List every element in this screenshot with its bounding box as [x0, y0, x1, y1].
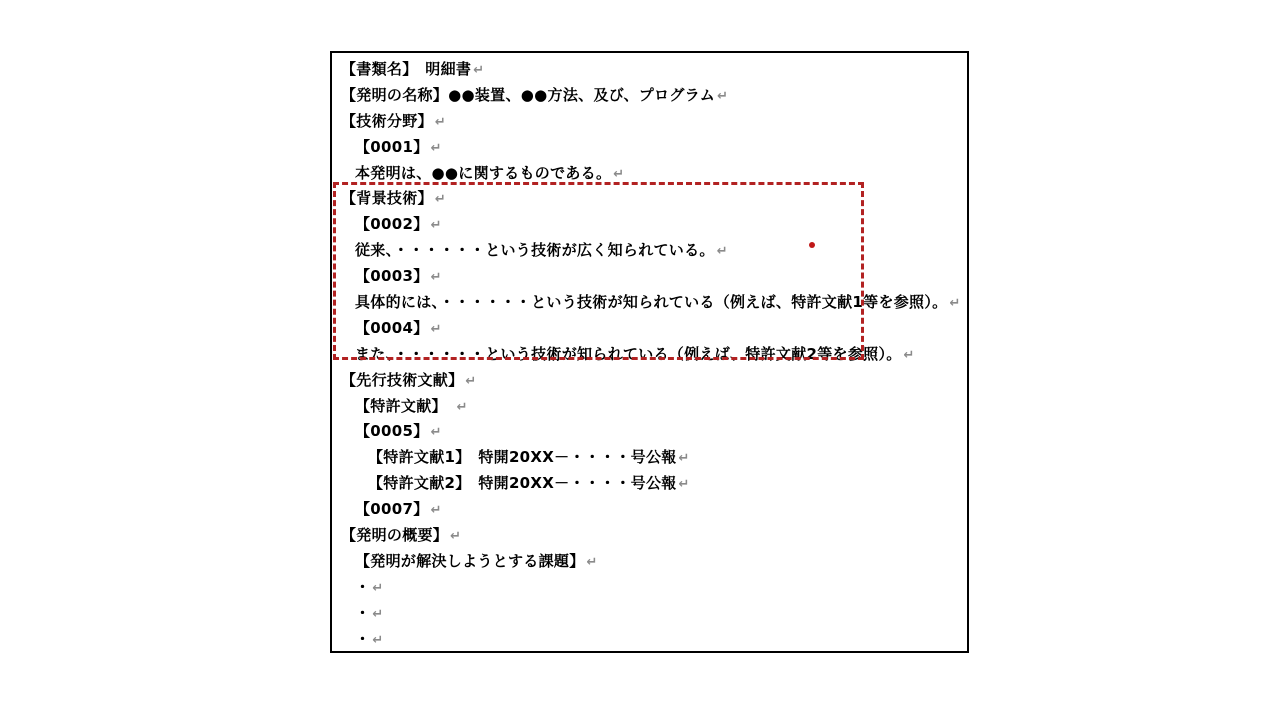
document-line: 【0001】↵	[341, 135, 961, 161]
return-mark-icon: ↵	[679, 451, 690, 466]
return-mark-icon: ↵	[431, 503, 442, 518]
document-line: 【特許文献2】 特開20XX－・・・・号公報↵	[341, 471, 961, 497]
line-text: 【0003】	[355, 267, 429, 285]
line-text: 【0002】	[355, 215, 429, 233]
return-mark-icon: ↵	[372, 633, 383, 648]
document-line: 【0007】↵	[341, 497, 961, 523]
slide-canvas: 【書類名】 明細書↵【発明の名称】●●装置、●●方法、及び、プログラム↵【技術分…	[0, 0, 1280, 720]
document-lines: 【書類名】 明細書↵【発明の名称】●●装置、●●方法、及び、プログラム↵【技術分…	[341, 57, 961, 652]
document-line: ・↵	[341, 627, 961, 653]
document-line: 【0003】↵	[341, 264, 961, 290]
line-text: また、・・・・・・という技術が知られている（例えば、特許文献2等を参照）。	[355, 345, 902, 363]
document-line: また、・・・・・・という技術が知られている（例えば、特許文献2等を参照）。↵	[341, 342, 961, 368]
return-mark-icon: ↵	[450, 529, 461, 544]
document-line: 【発明の概要】↵	[341, 523, 961, 549]
document-line: 【0005】↵	[341, 419, 961, 445]
return-mark-icon: ↵	[431, 218, 442, 233]
return-mark-icon: ↵	[431, 425, 442, 440]
line-text: 具体的には、・・・・・・という技術が知られている（例えば、特許文献1等を参照）。	[355, 293, 947, 311]
return-mark-icon: ↵	[717, 244, 728, 259]
line-text: 【特許文献1】 特開20XX－・・・・号公報	[368, 448, 677, 466]
return-mark-icon: ↵	[473, 63, 484, 78]
return-mark-icon: ↵	[949, 296, 960, 311]
return-mark-icon: ↵	[904, 348, 915, 363]
return-mark-icon: ↵	[431, 322, 442, 337]
document-line: 【発明の名称】●●装置、●●方法、及び、プログラム↵	[341, 83, 961, 109]
line-text: 【特許文献2】 特開20XX－・・・・号公報	[368, 474, 677, 492]
line-text: 【背景技術】	[341, 189, 433, 207]
line-text: 従来、・・・・・・という技術が広く知られている。	[355, 241, 715, 259]
line-text: 【0004】	[355, 319, 429, 337]
line-text: ・	[355, 630, 370, 648]
line-text: ・	[355, 578, 370, 596]
document-line: ・↵	[341, 601, 961, 627]
document-line: 【技術分野】↵	[341, 109, 961, 135]
red-dot-marker	[809, 242, 815, 248]
return-mark-icon: ↵	[717, 89, 728, 104]
document-line: 本発明は、●●に関するものである。↵	[341, 161, 961, 187]
line-text: 【0001】	[355, 138, 429, 156]
return-mark-icon: ↵	[613, 167, 624, 182]
return-mark-icon: ↵	[431, 141, 442, 156]
line-text: 【特許文献】	[355, 397, 455, 415]
document-line: 具体的には、・・・・・・という技術が知られている（例えば、特許文献1等を参照）。…	[341, 290, 961, 316]
return-mark-icon: ↵	[372, 607, 383, 622]
line-text: 【書類名】 明細書	[341, 60, 471, 78]
return-mark-icon: ↵	[465, 374, 476, 389]
document-line: 【発明が解決しようとする課題】↵	[341, 549, 961, 575]
document-line: 【特許文献】 ↵	[341, 394, 961, 420]
document-line: 【背景技術】↵	[341, 186, 961, 212]
line-text: 【先行技術文献】	[341, 371, 463, 389]
line-text: 【0007】	[355, 500, 429, 518]
document-line: 【0002】↵	[341, 212, 961, 238]
return-mark-icon: ↵	[431, 270, 442, 285]
document-line: 【先行技術文献】↵	[341, 368, 961, 394]
document-line: 【0004】↵	[341, 316, 961, 342]
line-text: 本発明は、●●に関するものである。	[355, 164, 611, 182]
line-text: 【技術分野】	[341, 112, 433, 130]
document-line: 【特許文献1】 特開20XX－・・・・号公報↵	[341, 445, 961, 471]
line-text: 【発明の概要】	[341, 526, 448, 544]
patent-document-page: 【書類名】 明細書↵【発明の名称】●●装置、●●方法、及び、プログラム↵【技術分…	[330, 51, 969, 653]
return-mark-icon: ↵	[435, 192, 446, 207]
line-text: 【0005】	[355, 422, 429, 440]
line-text: 【発明が解決しようとする課題】	[355, 552, 585, 570]
document-body: 【書類名】 明細書↵【発明の名称】●●装置、●●方法、及び、プログラム↵【技術分…	[332, 53, 967, 651]
return-mark-icon: ↵	[435, 115, 446, 130]
document-line: ・↵	[341, 575, 961, 601]
return-mark-icon: ↵	[679, 477, 690, 492]
return-mark-icon: ↵	[372, 581, 383, 596]
line-text: 【発明の名称】●●装置、●●方法、及び、プログラム	[341, 86, 715, 104]
document-line: 【書類名】 明細書↵	[341, 57, 961, 83]
line-text: ・	[355, 604, 370, 622]
return-mark-icon: ↵	[457, 400, 468, 415]
document-line: 従来、・・・・・・という技術が広く知られている。↵	[341, 238, 961, 264]
return-mark-icon: ↵	[587, 555, 598, 570]
